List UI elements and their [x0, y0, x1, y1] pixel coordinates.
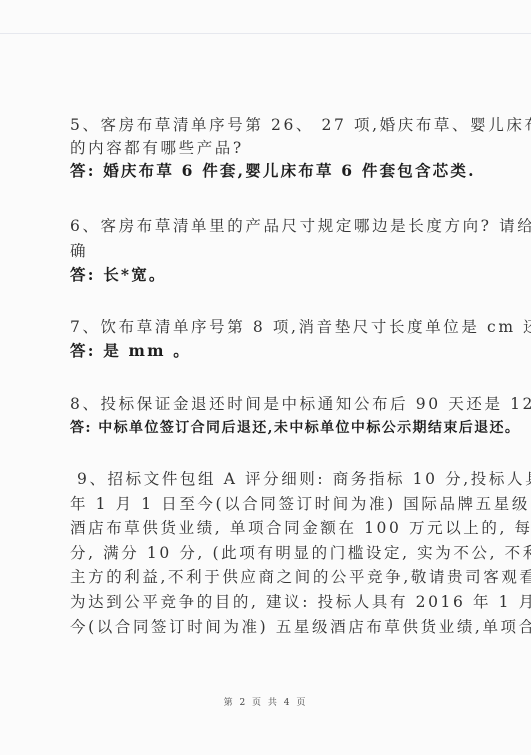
q6-line-2: 确 [70, 242, 88, 260]
q7-answer: 答: 是 mm 。 [70, 342, 191, 360]
q9-line-1: 9、招标文件包组 A 评分细则: 商务指标 10 分,投标人具有 2016 [77, 470, 531, 488]
scan-artifact-line [0, 33, 531, 34]
q9-line-3: 酒店布草供货业绩, 单项合同金额在 100 万元以上的, 每项得 2 [70, 519, 531, 537]
page-number-footer: 第 2 页 共 4 页 [0, 695, 531, 708]
q6-line-1: 6、客房布草清单里的产品尺寸规定哪边是长度方向? 请给予明 [70, 217, 531, 235]
document-page: 5、客房布草清单序号第 26、 27 项,婚庆布草、婴儿床布草包含 的内容都有哪… [0, 0, 531, 755]
q9-line-4: 分, 满分 10 分, (此项有明显的门槛设定, 实为不公, 不利于业 [70, 544, 531, 562]
q5-line-2: 的内容都有哪些产品? [70, 139, 244, 157]
q8-line-1: 8、投标保证金退还时间是中标通知公布后 90 天还是 120 天? [70, 395, 531, 413]
q9-line-7: 今(以合同签订时间为准) 五星级酒店布草供货业绩,单项合同金 [70, 618, 531, 636]
q7-line-1: 7、饮布草清单序号第 8 项,消音垫尺寸长度单位是 cm 还是 mm? [70, 318, 531, 336]
q9-line-5: 主方的利益,不利于供应商之间的公平竞争,敬请贵司客观看待。 [70, 568, 531, 586]
q9-line-2: 年 1 月 1 日至今(以合同签订时间为准) 国际品牌五星级(或以上) [70, 495, 531, 513]
q5-line-1: 5、客房布草清单序号第 26、 27 项,婚庆布草、婴儿床布草包含 [70, 116, 531, 134]
q5-answer: 答: 婚庆布草 6 件套,婴儿床布草 6 件套包含芯类. [70, 162, 476, 180]
q6-answer: 答: 长*宽。 [70, 266, 167, 284]
q8-answer: 答: 中标单位签订合同后退还,未中标单位中标公示期结束后退还。 [70, 419, 520, 437]
q9-line-6: 为达到公平竞争的目的, 建议: 投标人具有 2016 年 1 月 1 日坐 [70, 593, 531, 611]
